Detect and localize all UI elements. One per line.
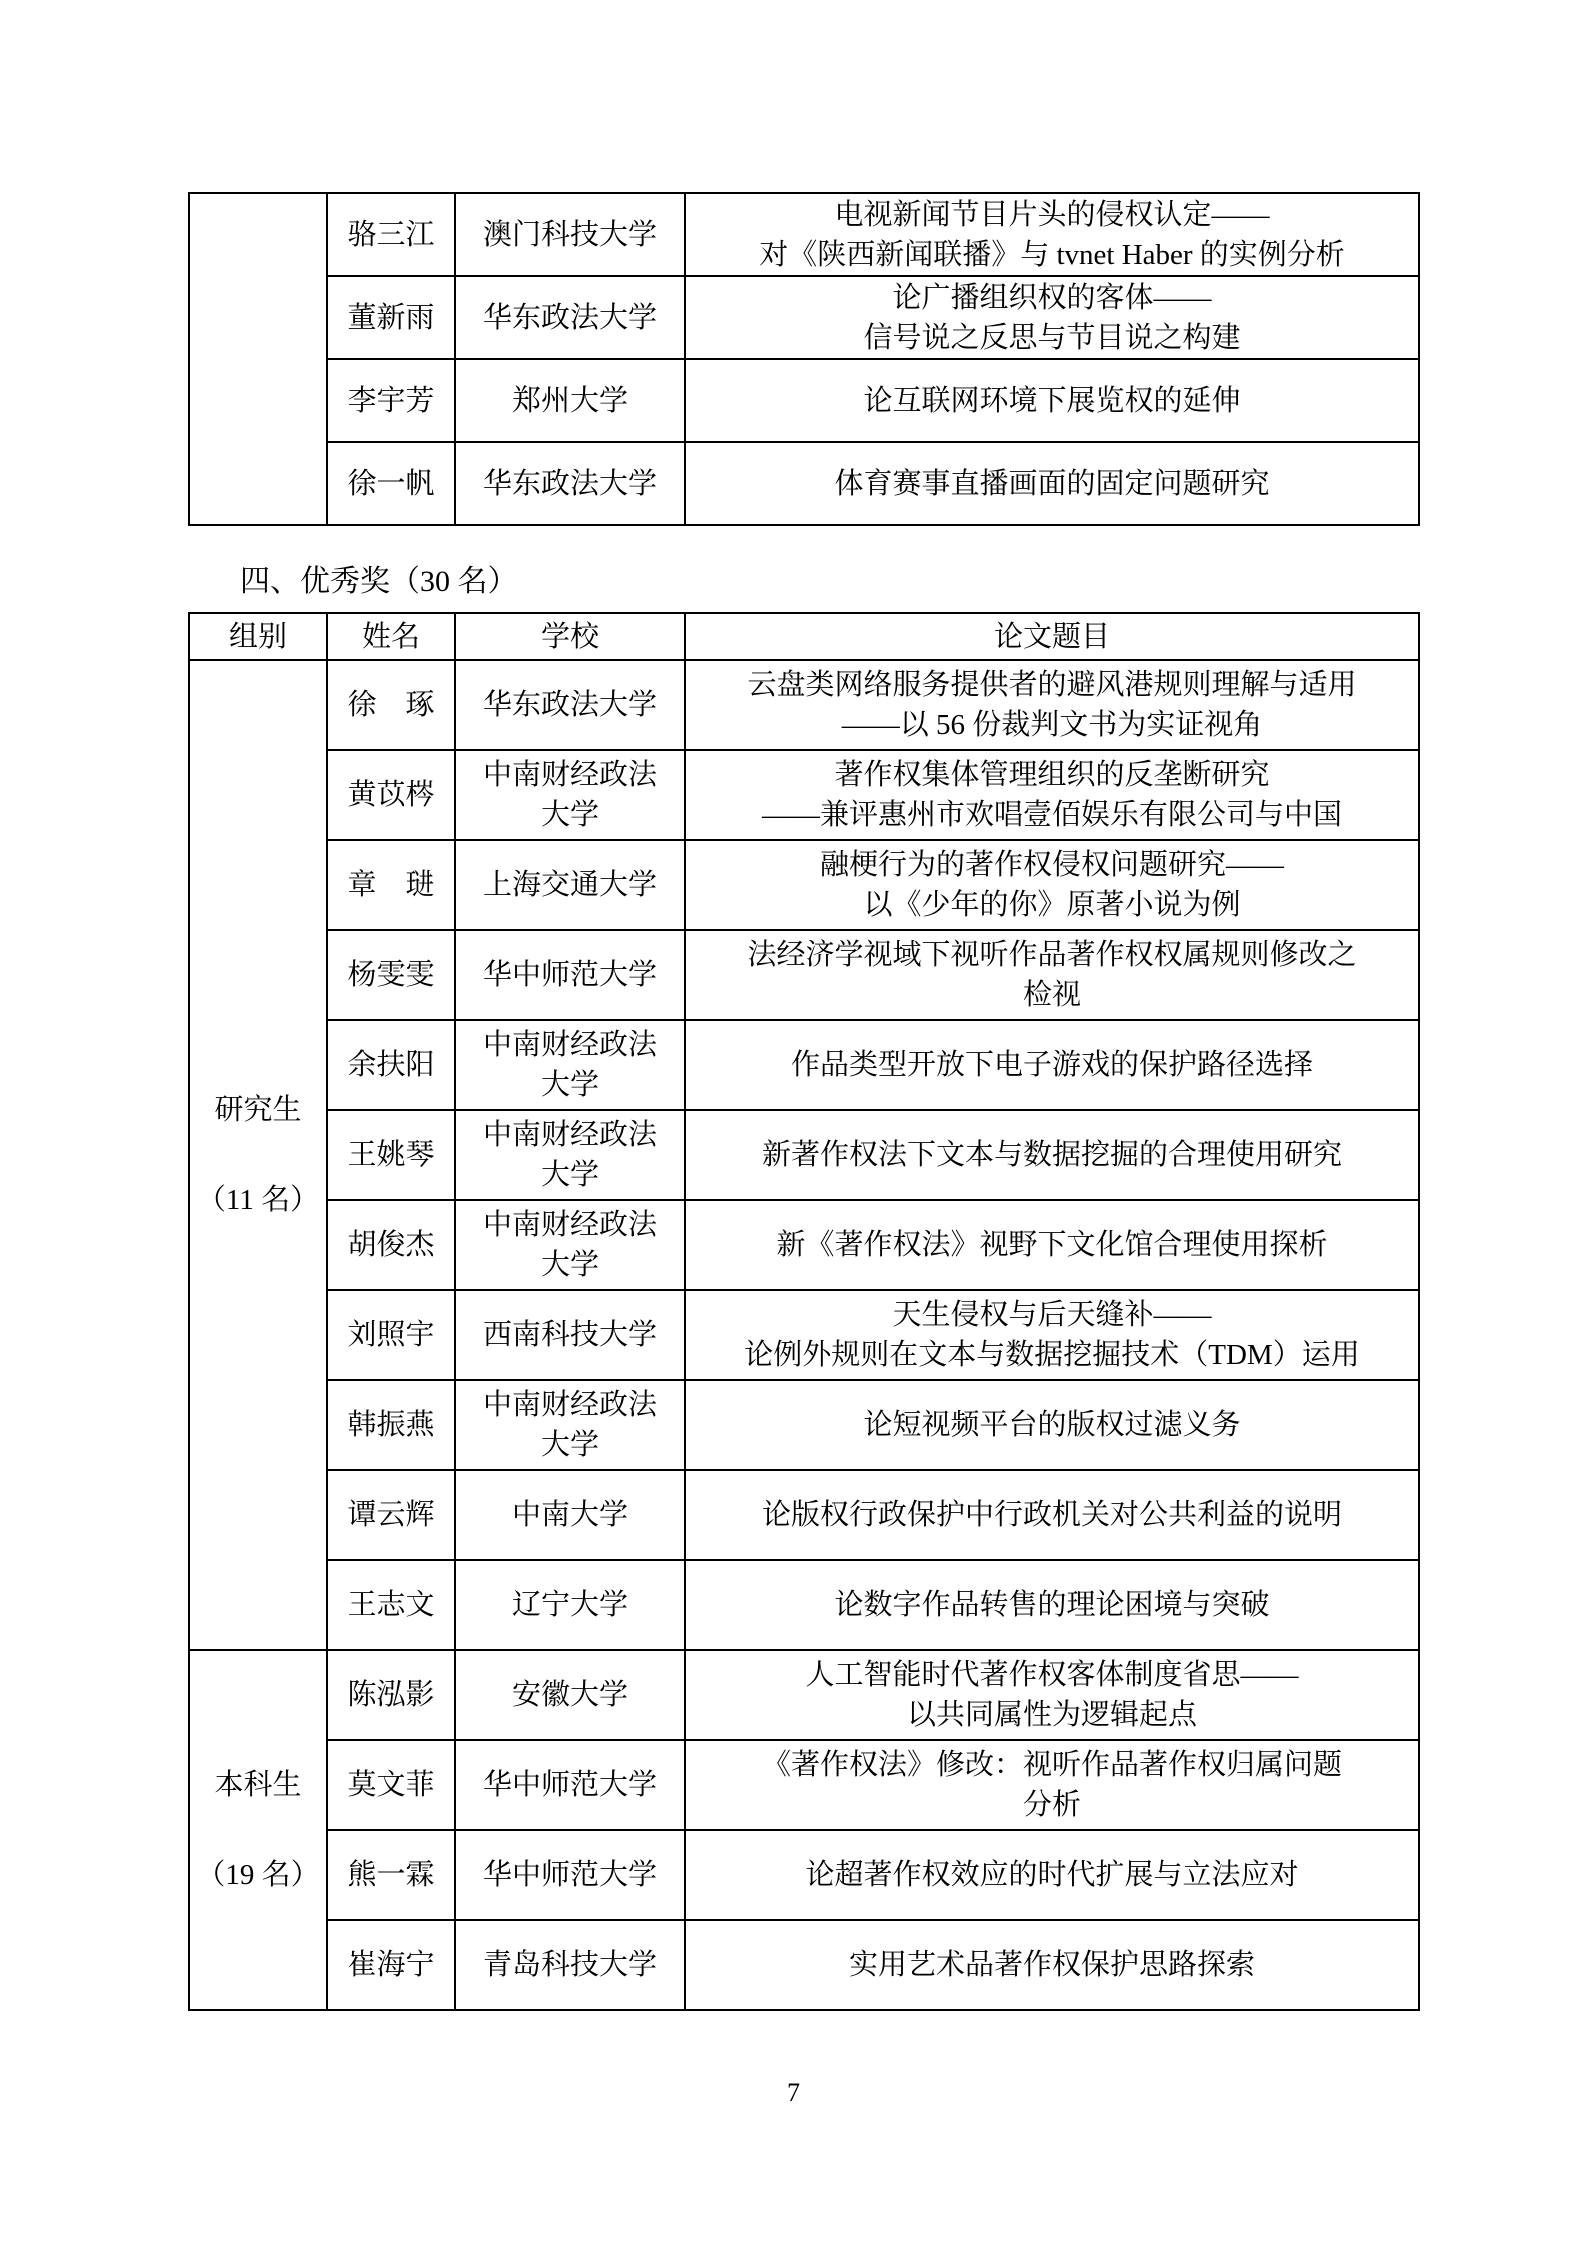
- group-cell-graduate: 研究生 （11 名）: [189, 660, 327, 1650]
- title-cell: 论数字作品转售的理论困境与突破: [685, 1560, 1419, 1650]
- table-row: 余扶阳 中南财经政法 大学 作品类型开放下电子游戏的保护路径选择: [189, 1020, 1419, 1110]
- table-row: 黄苡梣 中南财经政法 大学 著作权集体管理组织的反垄断研究 ——兼评惠州市欢唱壹…: [189, 750, 1419, 840]
- table-row: 李宇芳 郑州大学 论互联网环境下展览权的延伸: [189, 359, 1419, 442]
- school-cell: 青岛科技大学: [455, 1920, 685, 2010]
- name-cell: 骆三江: [327, 193, 455, 276]
- school-cell: 澳门科技大学: [455, 193, 685, 276]
- school-cell: 上海交通大学: [455, 840, 685, 930]
- school-cell: 华中师范大学: [455, 1830, 685, 1920]
- table-row: 谭云辉 中南大学 论版权行政保护中行政机关对公共利益的说明: [189, 1470, 1419, 1560]
- school-cell: 华东政法大学: [455, 660, 685, 750]
- title-cell: 人工智能时代著作权客体制度省思—— 以共同属性为逻辑起点: [685, 1650, 1419, 1740]
- page-number: 7: [0, 2078, 1587, 2108]
- title-cell: 新著作权法下文本与数据挖掘的合理使用研究: [685, 1110, 1419, 1200]
- table-row: 徐一帆 华东政法大学 体育赛事直播画面的固定问题研究: [189, 442, 1419, 525]
- title-cell: 论版权行政保护中行政机关对公共利益的说明: [685, 1470, 1419, 1560]
- school-cell: 中南财经政法 大学: [455, 750, 685, 840]
- table-header-row: 组别 姓名 学校 论文题目: [189, 613, 1419, 660]
- school-cell: 中南财经政法 大学: [455, 1200, 685, 1290]
- table-row: 研究生 （11 名） 徐 琢 华东政法大学 云盘类网络服务提供者的避风港规则理解…: [189, 660, 1419, 750]
- column-header-name: 姓名: [327, 613, 455, 660]
- table-row: 章 琎 上海交通大学 融梗行为的著作权侵权问题研究—— 以《少年的你》原著小说为…: [189, 840, 1419, 930]
- group-label-line2: （11 名）: [192, 1175, 324, 1225]
- school-cell: 西南科技大学: [455, 1290, 685, 1380]
- school-cell: 中南大学: [455, 1470, 685, 1560]
- title-cell: 论互联网环境下展览权的延伸: [685, 359, 1419, 442]
- column-header-title: 论文题目: [685, 613, 1419, 660]
- table-row: 本科生 （19 名） 陈泓影 安徽大学 人工智能时代著作权客体制度省思—— 以共…: [189, 1650, 1419, 1740]
- awards-table: 组别 姓名 学校 论文题目 研究生 （11 名） 徐 琢 华东政法大学 云盘类网…: [188, 612, 1420, 2011]
- name-cell: 刘照宇: [327, 1290, 455, 1380]
- title-cell: 云盘类网络服务提供者的避风港规则理解与适用 ——以 56 份裁判文书为实证视角: [685, 660, 1419, 750]
- name-cell: 章 琎: [327, 840, 455, 930]
- school-cell: 华中师范大学: [455, 1740, 685, 1830]
- title-cell: 融梗行为的著作权侵权问题研究—— 以《少年的你》原著小说为例: [685, 840, 1419, 930]
- table-row: 崔海宁 青岛科技大学 实用艺术品著作权保护思路探索: [189, 1920, 1419, 2010]
- school-cell: 安徽大学: [455, 1650, 685, 1740]
- name-cell: 莫文菲: [327, 1740, 455, 1830]
- name-cell: 李宇芳: [327, 359, 455, 442]
- name-cell: 陈泓影: [327, 1650, 455, 1740]
- name-cell: 黄苡梣: [327, 750, 455, 840]
- table-row: 骆三江 澳门科技大学 电视新闻节目片头的侵权认定—— 对《陕西新闻联播》与 tv…: [189, 193, 1419, 276]
- name-cell: 徐一帆: [327, 442, 455, 525]
- table-row: 韩振燕 中南财经政法 大学 论短视频平台的版权过滤义务: [189, 1380, 1419, 1470]
- school-cell: 华东政法大学: [455, 442, 685, 525]
- column-header-school: 学校: [455, 613, 685, 660]
- section-heading: 四、优秀奖（30 名）: [240, 562, 518, 602]
- column-header-group: 组别: [189, 613, 327, 660]
- title-cell: 体育赛事直播画面的固定问题研究: [685, 442, 1419, 525]
- name-cell: 徐 琢: [327, 660, 455, 750]
- name-cell: 崔海宁: [327, 1920, 455, 2010]
- title-cell: 著作权集体管理组织的反垄断研究 ——兼评惠州市欢唱壹佰娱乐有限公司与中国: [685, 750, 1419, 840]
- name-cell: 胡俊杰: [327, 1200, 455, 1290]
- name-cell: 余扶阳: [327, 1020, 455, 1110]
- group-cell-undergraduate: 本科生 （19 名）: [189, 1650, 327, 2010]
- table-row: 熊一霖 华中师范大学 论超著作权效应的时代扩展与立法应对: [189, 1830, 1419, 1920]
- table-row: 王志文 辽宁大学 论数字作品转售的理论困境与突破: [189, 1560, 1419, 1650]
- name-cell: 韩振燕: [327, 1380, 455, 1470]
- title-cell: 新《著作权法》视野下文化馆合理使用探析: [685, 1200, 1419, 1290]
- carryover-award-table: 骆三江 澳门科技大学 电视新闻节目片头的侵权认定—— 对《陕西新闻联播》与 tv…: [188, 192, 1420, 526]
- table-row: 莫文菲 华中师范大学 《著作权法》修改：视听作品著作权归属问题 分析: [189, 1740, 1419, 1830]
- title-cell: 论短视频平台的版权过滤义务: [685, 1380, 1419, 1470]
- title-cell: 天生侵权与后天缝补—— 论例外规则在文本与数据挖掘技术（TDM）运用: [685, 1290, 1419, 1380]
- group-label-line1: 研究生: [192, 1085, 324, 1135]
- group-label-line1: 本科生: [192, 1760, 324, 1810]
- group-label-line2: （19 名）: [192, 1850, 324, 1900]
- title-cell: 《著作权法》修改：视听作品著作权归属问题 分析: [685, 1740, 1419, 1830]
- school-cell: 辽宁大学: [455, 1560, 685, 1650]
- school-cell: 华东政法大学: [455, 276, 685, 359]
- title-cell: 论超著作权效应的时代扩展与立法应对: [685, 1830, 1419, 1920]
- school-cell: 华中师范大学: [455, 930, 685, 1020]
- table-row: 王姚琴 中南财经政法 大学 新著作权法下文本与数据挖掘的合理使用研究: [189, 1110, 1419, 1200]
- title-cell: 法经济学视域下视听作品著作权权属规则修改之 检视: [685, 930, 1419, 1020]
- group-cell-empty: [189, 193, 327, 525]
- name-cell: 王姚琴: [327, 1110, 455, 1200]
- table-row: 杨雯雯 华中师范大学 法经济学视域下视听作品著作权权属规则修改之 检视: [189, 930, 1419, 1020]
- name-cell: 谭云辉: [327, 1470, 455, 1560]
- title-cell: 电视新闻节目片头的侵权认定—— 对《陕西新闻联播》与 tvnet Haber 的…: [685, 193, 1419, 276]
- title-cell: 论广播组织权的客体—— 信号说之反思与节目说之构建: [685, 276, 1419, 359]
- name-cell: 杨雯雯: [327, 930, 455, 1020]
- table-row: 胡俊杰 中南财经政法 大学 新《著作权法》视野下文化馆合理使用探析: [189, 1200, 1419, 1290]
- title-cell: 实用艺术品著作权保护思路探索: [685, 1920, 1419, 2010]
- school-cell: 中南财经政法 大学: [455, 1020, 685, 1110]
- name-cell: 熊一霖: [327, 1830, 455, 1920]
- table-row: 刘照宇 西南科技大学 天生侵权与后天缝补—— 论例外规则在文本与数据挖掘技术（T…: [189, 1290, 1419, 1380]
- name-cell: 董新雨: [327, 276, 455, 359]
- table-row: 董新雨 华东政法大学 论广播组织权的客体—— 信号说之反思与节目说之构建: [189, 276, 1419, 359]
- school-cell: 中南财经政法 大学: [455, 1110, 685, 1200]
- name-cell: 王志文: [327, 1560, 455, 1650]
- school-cell: 郑州大学: [455, 359, 685, 442]
- title-cell: 作品类型开放下电子游戏的保护路径选择: [685, 1020, 1419, 1110]
- school-cell: 中南财经政法 大学: [455, 1380, 685, 1470]
